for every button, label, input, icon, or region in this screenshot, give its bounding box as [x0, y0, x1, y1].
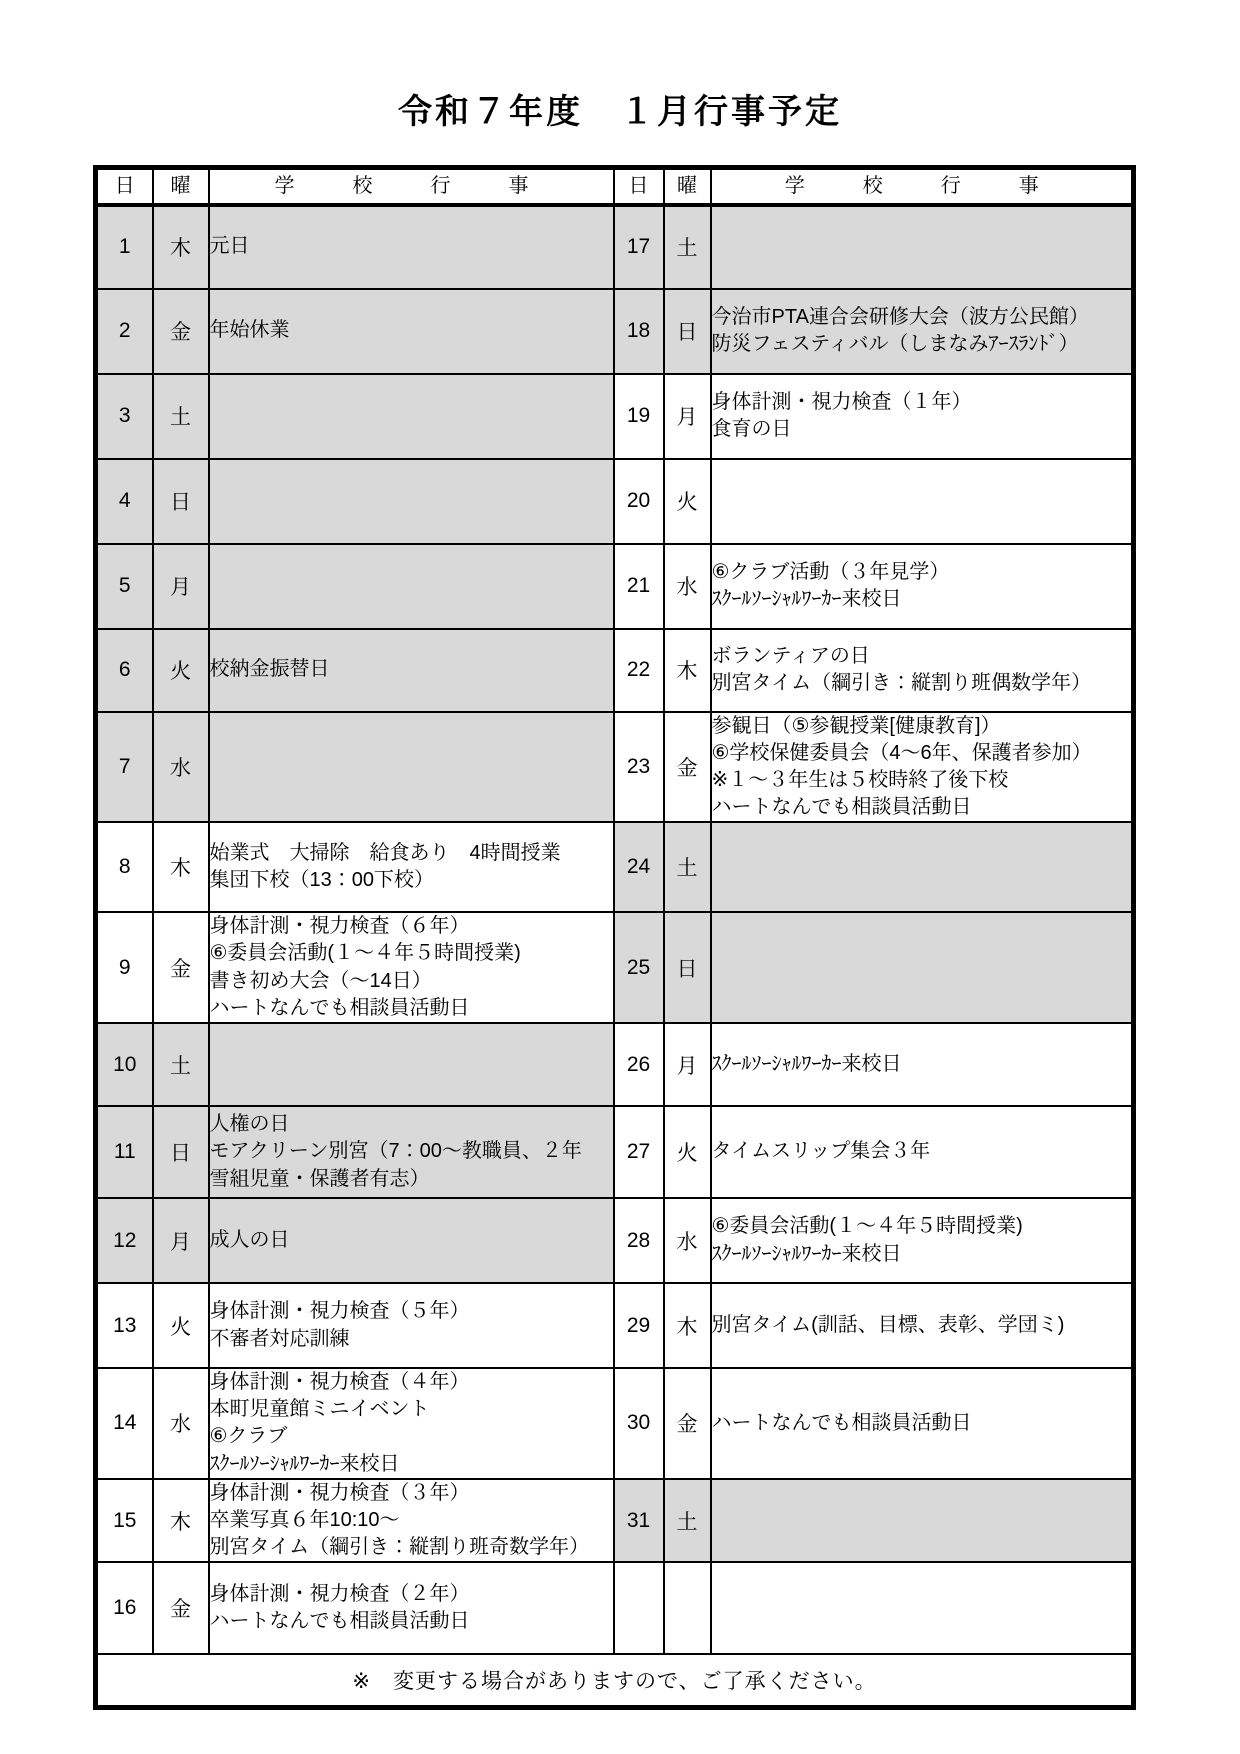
- weekday-cell: 火: [664, 459, 711, 544]
- weekday-cell: 日: [153, 1106, 209, 1198]
- events-cell: 今治市PTA連合会研修大会（波方公民館） 防災フェスティバル（しまなみｱｰｽﾗﾝ…: [711, 289, 1134, 374]
- day-cell: 11: [96, 1106, 153, 1198]
- table-row: 11 日 人権の日 モアクリーン別宮（7：00～教職員、２年 雪組児童・保護者有…: [96, 1106, 1134, 1198]
- events-cell: [711, 822, 1134, 912]
- events-cell: 身体計測・視力検査（５年） 不審者対応訓練: [209, 1283, 614, 1368]
- header-events-right: 学 校 行 事: [711, 168, 1134, 205]
- weekday-cell: 土: [664, 1479, 711, 1563]
- table-row: 13 火 身体計測・視力検査（５年） 不審者対応訓練 29 木 別宮タイム(訓話…: [96, 1283, 1134, 1368]
- events-cell: タイムスリップ集会３年: [711, 1106, 1134, 1198]
- weekday-cell: 日: [664, 912, 711, 1023]
- day-cell: 27: [614, 1106, 664, 1198]
- header-weekday-right: 曜: [664, 168, 711, 205]
- table-row: 15 木 身体計測・視力検査（３年） 卒業写真６年10:10～ 別宮タイム（綱引…: [96, 1479, 1134, 1563]
- day-cell: 5: [96, 544, 153, 629]
- table-row: 12 月 成人の日 28 水 ⑥委員会活動(１～４年５時間授業) ｽｸｰﾙｿｰｼ…: [96, 1198, 1134, 1283]
- weekday-cell: 水: [664, 544, 711, 629]
- events-cell: ｽｸｰﾙｿｰｼｬﾙﾜｰｶｰ来校日: [711, 1023, 1134, 1106]
- weekday-cell: 木: [664, 629, 711, 712]
- weekday-cell: 金: [153, 1562, 209, 1654]
- day-cell: 22: [614, 629, 664, 712]
- day-cell: 31: [614, 1479, 664, 1563]
- events-cell: [711, 205, 1134, 289]
- table-row: 7 水 23 金 参観日（⑤参観授業[健康教育]） ⑥学校保健委員会（4～6年、…: [96, 712, 1134, 823]
- day-cell: 19: [614, 374, 664, 459]
- events-cell: 身体計測・視力検査（２年） ハートなんでも相談員活動日: [209, 1562, 614, 1654]
- header-day-right: 日: [614, 168, 664, 205]
- events-cell: 人権の日 モアクリーン別宮（7：00～教職員、２年 雪組児童・保護者有志）: [209, 1106, 614, 1198]
- table-row: 4 日 20 火: [96, 459, 1134, 544]
- weekday-cell: 木: [153, 205, 209, 289]
- table-row: 10 土 26 月 ｽｸｰﾙｿｰｼｬﾙﾜｰｶｰ来校日: [96, 1023, 1134, 1106]
- events-cell: [711, 1479, 1134, 1563]
- table-row: 9 金 身体計測・視力検査（６年） ⑥委員会活動(１～４年５時間授業) 書き初め…: [96, 912, 1134, 1023]
- day-cell: 30: [614, 1368, 664, 1479]
- events-cell: [711, 459, 1134, 544]
- day-cell: 21: [614, 544, 664, 629]
- events-cell: 成人の日: [209, 1198, 614, 1283]
- day-cell: 26: [614, 1023, 664, 1106]
- day-cell: 8: [96, 822, 153, 912]
- weekday-cell: 水: [664, 1198, 711, 1283]
- weekday-cell: 月: [664, 1023, 711, 1106]
- day-cell: [614, 1562, 664, 1654]
- weekday-cell: 土: [153, 374, 209, 459]
- day-cell: 2: [96, 289, 153, 374]
- weekday-cell: 月: [153, 544, 209, 629]
- table-row: 16 金 身体計測・視力検査（２年） ハートなんでも相談員活動日: [96, 1562, 1134, 1654]
- events-cell: [209, 712, 614, 823]
- day-cell: 28: [614, 1198, 664, 1283]
- note-row: ※ 変更する場合がありますので、ご了承ください。: [96, 1654, 1134, 1707]
- events-cell: ⑥クラブ活動（３年見学） ｽｸｰﾙｿｰｼｬﾙﾜｰｶｰ来校日: [711, 544, 1134, 629]
- events-cell: 別宮タイム(訓話、目標、表彰、学団ミ): [711, 1283, 1134, 1368]
- weekday-cell: 土: [664, 205, 711, 289]
- table-row: 2 金 年始休業 18 日 今治市PTA連合会研修大会（波方公民館） 防災フェス…: [96, 289, 1134, 374]
- weekday-cell: 木: [153, 822, 209, 912]
- day-cell: 16: [96, 1562, 153, 1654]
- events-cell: 始業式 大掃除 給食あり 4時間授業 集団下校（13：00下校）: [209, 822, 614, 912]
- table-row: 5 月 21 水 ⑥クラブ活動（３年見学） ｽｸｰﾙｿｰｼｬﾙﾜｰｶｰ来校日: [96, 544, 1134, 629]
- events-cell: 年始休業: [209, 289, 614, 374]
- weekday-cell: 日: [153, 459, 209, 544]
- day-cell: 23: [614, 712, 664, 823]
- page-title: 令和７年度 １月行事予定: [0, 84, 1240, 133]
- events-cell: [209, 374, 614, 459]
- events-cell: 身体計測・視力検査（６年） ⑥委員会活動(１～４年５時間授業) 書き初め大会（～…: [209, 912, 614, 1023]
- events-cell: [711, 912, 1134, 1023]
- weekday-cell: 水: [153, 712, 209, 823]
- day-cell: 15: [96, 1479, 153, 1563]
- events-cell: ハートなんでも相談員活動日: [711, 1368, 1134, 1479]
- day-cell: 3: [96, 374, 153, 459]
- weekday-cell: 金: [664, 712, 711, 823]
- weekday-cell: 月: [664, 374, 711, 459]
- day-cell: 29: [614, 1283, 664, 1368]
- events-cell: 身体計測・視力検査（４年） 本町児童館ミニイベント ⑥クラブ ｽｸｰﾙｿｰｼｬﾙ…: [209, 1368, 614, 1479]
- weekday-cell: 土: [153, 1023, 209, 1106]
- events-cell: ボランティアの日 別宮タイム（綱引き：縦割り班偶数学年）: [711, 629, 1134, 712]
- day-cell: 14: [96, 1368, 153, 1479]
- weekday-cell: 火: [664, 1106, 711, 1198]
- events-cell: 元日: [209, 205, 614, 289]
- events-cell: [209, 459, 614, 544]
- weekday-cell: 火: [153, 629, 209, 712]
- day-cell: 17: [614, 205, 664, 289]
- weekday-cell: 金: [153, 912, 209, 1023]
- day-cell: 20: [614, 459, 664, 544]
- weekday-cell: 木: [664, 1283, 711, 1368]
- day-cell: 24: [614, 822, 664, 912]
- events-cell: 参観日（⑤参観授業[健康教育]） ⑥学校保健委員会（4～6年、保護者参加） ※１…: [711, 712, 1134, 823]
- events-cell: 校納金振替日: [209, 629, 614, 712]
- table-row: 3 土 19 月 身体計測・視力検査（１年） 食育の日: [96, 374, 1134, 459]
- weekday-cell: 金: [153, 289, 209, 374]
- day-cell: 4: [96, 459, 153, 544]
- table-row: 14 水 身体計測・視力検査（４年） 本町児童館ミニイベント ⑥クラブ ｽｸｰﾙ…: [96, 1368, 1134, 1479]
- day-cell: 25: [614, 912, 664, 1023]
- table-row: 6 火 校納金振替日 22 木 ボランティアの日 別宮タイム（綱引き：縦割り班偶…: [96, 629, 1134, 712]
- schedule-page: 令和７年度 １月行事予定 日 曜 学 校 行 事 日 曜 学 校 行 事 1 木…: [0, 0, 1240, 1754]
- schedule-table: 日 曜 学 校 行 事 日 曜 学 校 行 事 1 木 元日 17 土 2 金 …: [93, 165, 1136, 1710]
- day-cell: 7: [96, 712, 153, 823]
- weekday-cell: [664, 1562, 711, 1654]
- header-events-left: 学 校 行 事: [209, 168, 614, 205]
- events-cell: 身体計測・視力検査（１年） 食育の日: [711, 374, 1134, 459]
- events-cell: [209, 544, 614, 629]
- table-row: 1 木 元日 17 土: [96, 205, 1134, 289]
- header-weekday-left: 曜: [153, 168, 209, 205]
- day-cell: 1: [96, 205, 153, 289]
- day-cell: 9: [96, 912, 153, 1023]
- weekday-cell: 火: [153, 1283, 209, 1368]
- change-notice: ※ 変更する場合がありますので、ご了承ください。: [96, 1654, 1134, 1707]
- weekday-cell: 土: [664, 822, 711, 912]
- day-cell: 10: [96, 1023, 153, 1106]
- table-row: 8 木 始業式 大掃除 給食あり 4時間授業 集団下校（13：00下校） 24 …: [96, 822, 1134, 912]
- weekday-cell: 木: [153, 1479, 209, 1563]
- events-cell: ⑥委員会活動(１～４年５時間授業) ｽｸｰﾙｿｰｼｬﾙﾜｰｶｰ来校日: [711, 1198, 1134, 1283]
- weekday-cell: 日: [664, 289, 711, 374]
- day-cell: 6: [96, 629, 153, 712]
- weekday-cell: 金: [664, 1368, 711, 1479]
- events-cell: 身体計測・視力検査（３年） 卒業写真６年10:10～ 別宮タイム（綱引き：縦割り…: [209, 1479, 614, 1563]
- header-row: 日 曜 学 校 行 事 日 曜 学 校 行 事: [96, 168, 1134, 205]
- events-cell: [711, 1562, 1134, 1654]
- events-cell: [209, 1023, 614, 1106]
- day-cell: 18: [614, 289, 664, 374]
- day-cell: 12: [96, 1198, 153, 1283]
- day-cell: 13: [96, 1283, 153, 1368]
- header-day-left: 日: [96, 168, 153, 205]
- weekday-cell: 水: [153, 1368, 209, 1479]
- weekday-cell: 月: [153, 1198, 209, 1283]
